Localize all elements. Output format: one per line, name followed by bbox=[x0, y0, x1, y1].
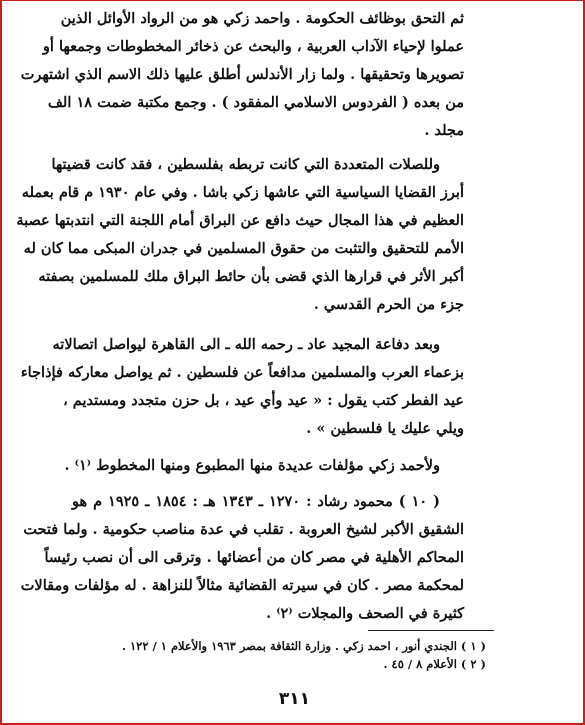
paragraph-ahmad-zaki-manuscripts: ثم التحق بوظائف الحكومة . واحمد زكي هو م… bbox=[72, 5, 464, 145]
page-frame: ثم التحق بوظائف الحكومة . واحمد زكي هو م… bbox=[0, 0, 585, 725]
text-line: عملوا لإحياء الآداب العربية ، والبحث عن … bbox=[72, 33, 464, 61]
text-line: المحاكم الأهلية في مصر كان من أعضائها . … bbox=[72, 544, 464, 572]
text-line: ولأحمد زكي مؤلفات عديدة منها المطبوع ومن… bbox=[72, 452, 464, 480]
text-line: العظيم في هذا المجال حيث دافع عن البراق … bbox=[72, 207, 464, 235]
footnote-2: ( ٢ ) الأعلام ٨ / ٤٥ . bbox=[86, 655, 486, 673]
text-line: مجلد . bbox=[72, 117, 464, 145]
text-line: كثيرة في الصحف والمجلات ⁽٢⁾ . bbox=[72, 600, 464, 628]
footnote-divider bbox=[368, 630, 494, 631]
text-line: بزعماء العرب والمسلمين مدافعاً عن فلسطين… bbox=[72, 359, 464, 387]
page-number: ٣١١ bbox=[2, 689, 585, 709]
text-line: ويلي عليك يا فلسطين » . bbox=[72, 415, 464, 443]
text-line: لمحكمة مصر . كان في سيرته القضائية مثالا… bbox=[72, 572, 464, 600]
footnote-1: ( ١ ) الجندي أنور ، احمد زكي . وزارة الث… bbox=[86, 637, 486, 655]
paragraph-works: ولأحمد زكي مؤلفات عديدة منها المطبوع ومن… bbox=[72, 452, 464, 480]
text-line: جزء من الحرم القدسي . bbox=[72, 291, 464, 319]
text-line: أكبر الأثر في قرارها الذي قضى بأن حائط ا… bbox=[72, 263, 464, 291]
text-line: أبرز القضايا السياسية التي عاشها زكي باش… bbox=[72, 179, 464, 207]
text-line: وللصلات المتعددة التي كانت تربطه بفلسطين… bbox=[72, 151, 464, 179]
text-line: ( ١٠ ) محمود رشاد : ١٢٧٠ ـ ١٣٤٣ هـ : ١٨٥… bbox=[72, 488, 464, 516]
text-line: من بعده ( الفردوس الاسلامي المفقود ) . و… bbox=[72, 89, 464, 117]
text-line: ثم التحق بوظائف الحكومة . واحمد زكي هو م… bbox=[72, 5, 464, 33]
text-line: تصويرها وتحقيقها . ولما زار الأندلس أطلق… bbox=[72, 61, 464, 89]
paragraph-mahmoud-rashad: ( ١٠ ) محمود رشاد : ١٢٧٠ ـ ١٣٤٣ هـ : ١٨٥… bbox=[72, 488, 464, 628]
footnotes: ( ١ ) الجندي أنور ، احمد زكي . وزارة الث… bbox=[86, 637, 486, 673]
text-line: الشقيق الأكبر لشيخ العروبة . تقلب في عدة… bbox=[72, 516, 464, 544]
paragraph-return-to-cairo: وبعد دفاعة المجيد عاد ـ رحمه الله ـ الى … bbox=[72, 331, 464, 443]
text-line: وبعد دفاعة المجيد عاد ـ رحمه الله ـ الى … bbox=[72, 331, 464, 359]
text-line: الأمم للتحقيق والتثبت من حقوق المسلمين ف… bbox=[72, 235, 464, 263]
paragraph-palestine-buraq: وللصلات المتعددة التي كانت تربطه بفلسطين… bbox=[72, 151, 464, 319]
text-line: عيد الفطر كتب يقول : « عيد وأي عيد ، بل … bbox=[72, 387, 464, 415]
